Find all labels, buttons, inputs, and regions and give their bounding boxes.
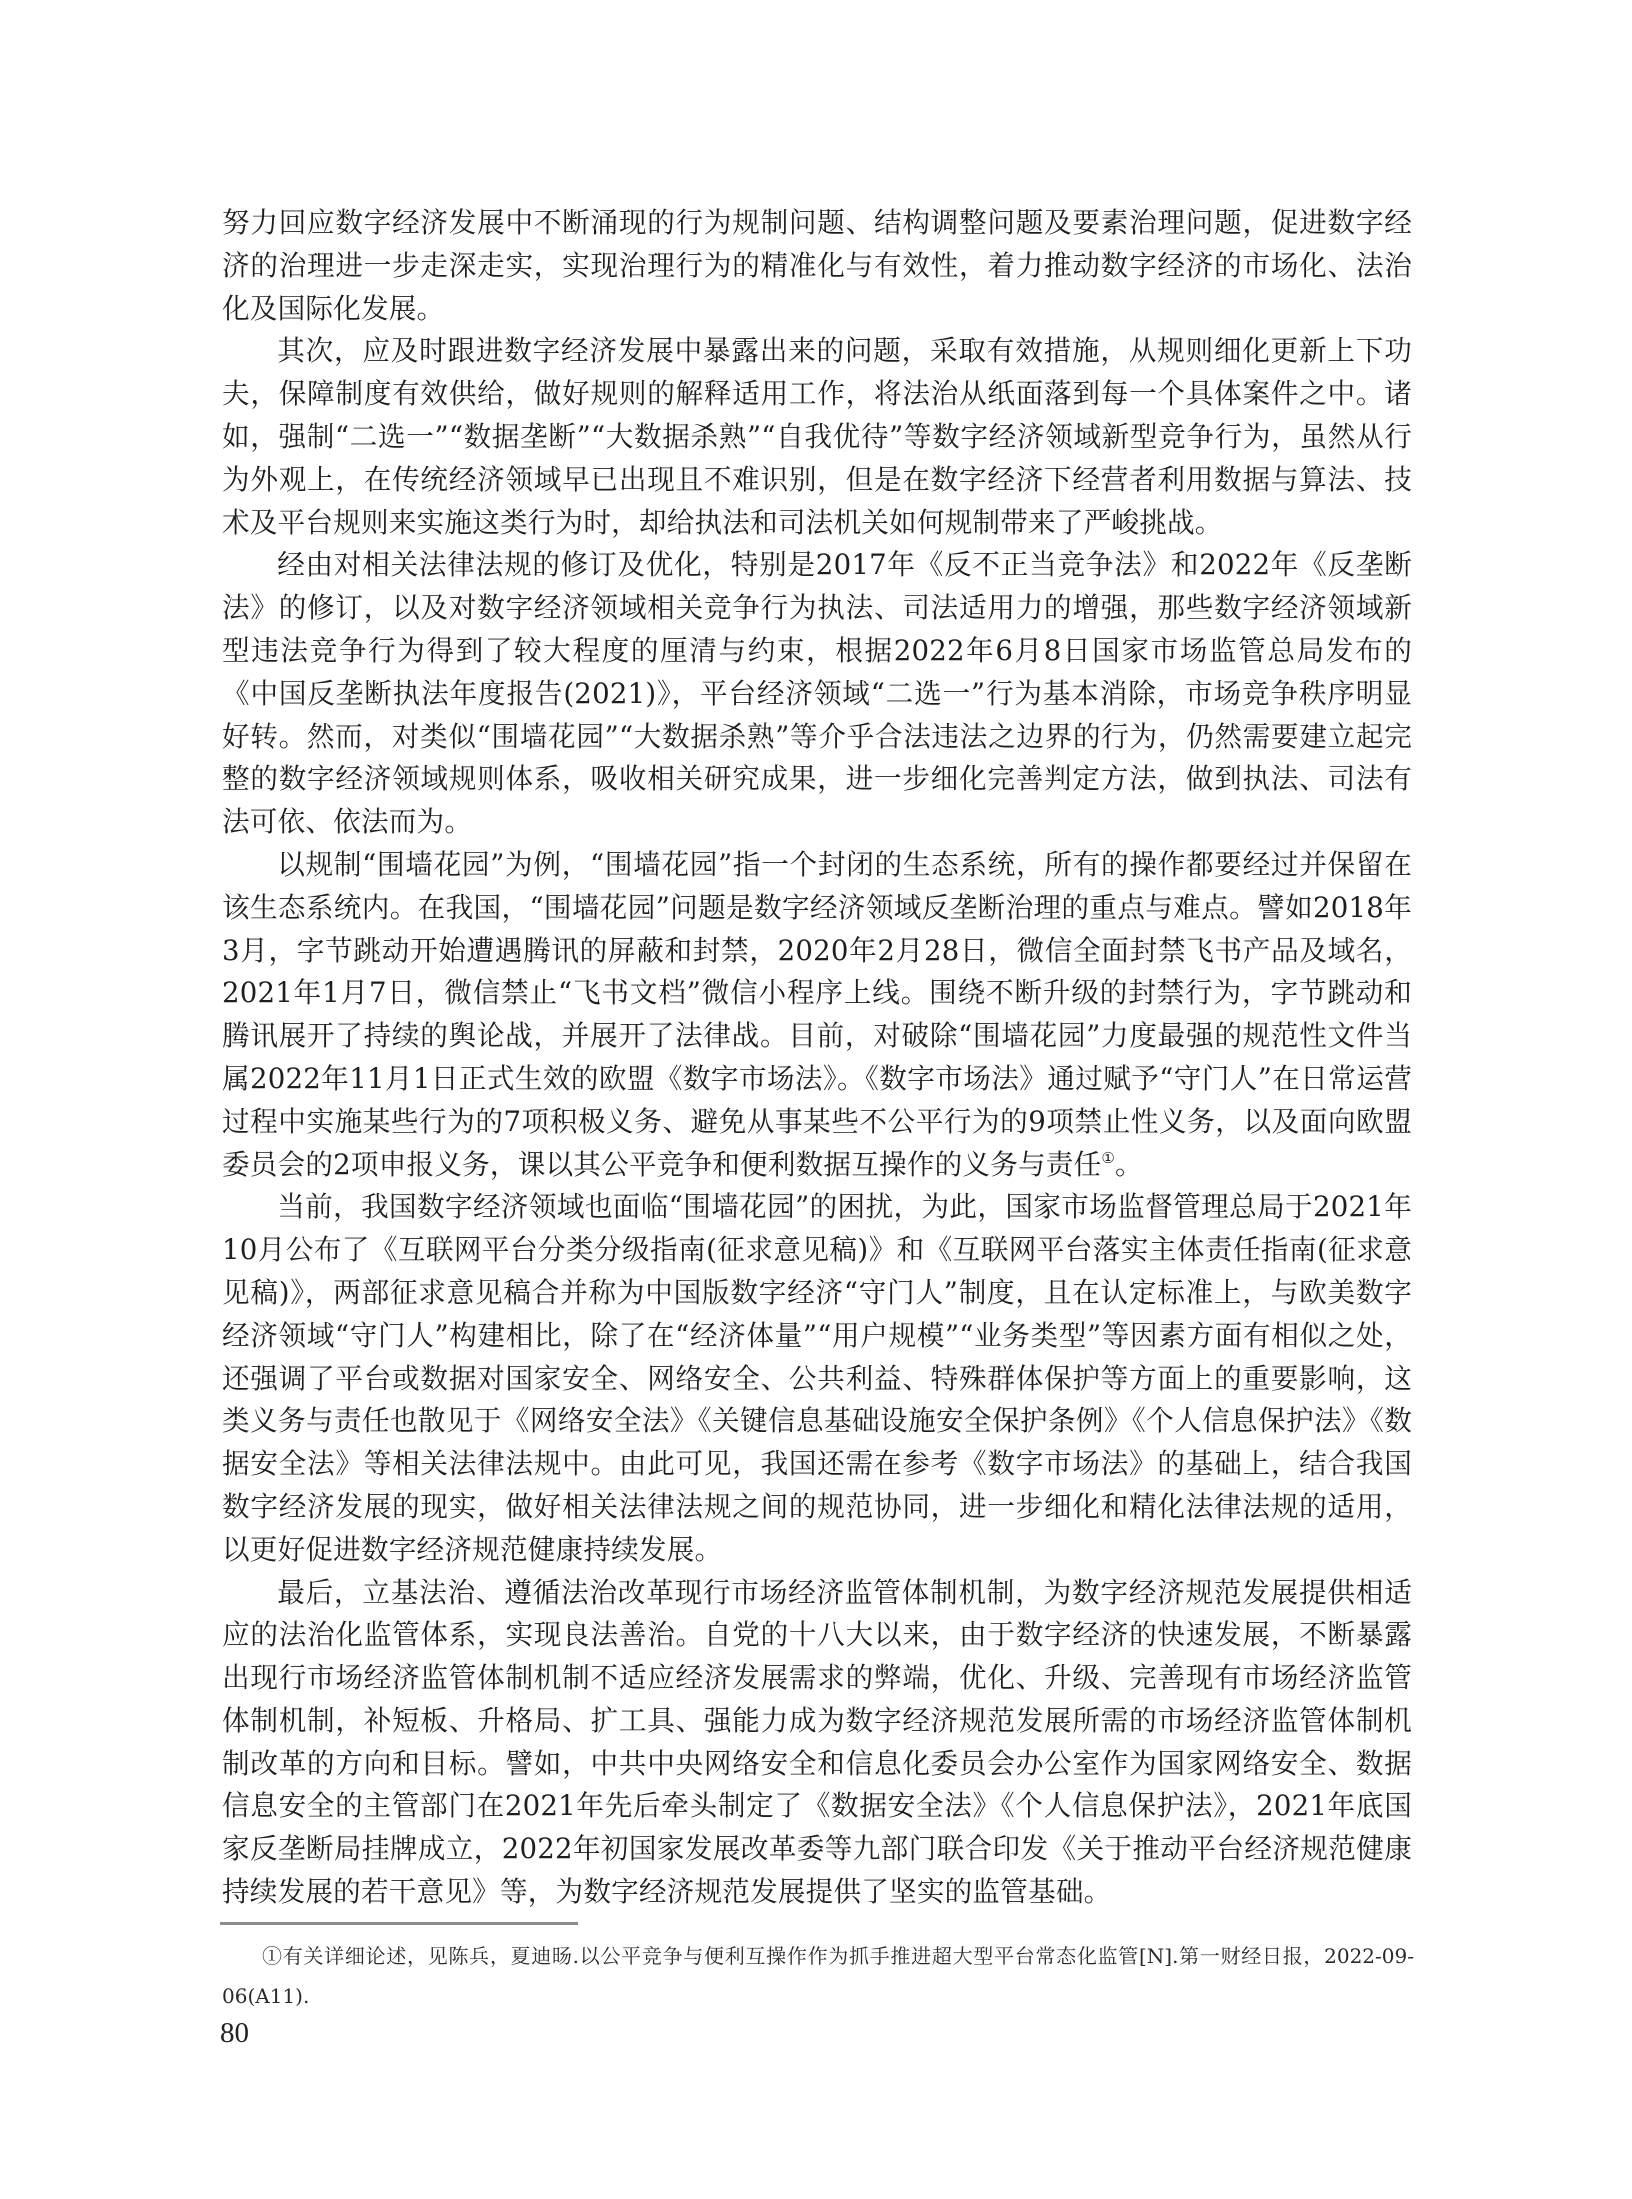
document-page: 努力回应数字经济发展中不断涌现的行为规制问题、结构调整问题及要素治理问题，促进数… (0, 0, 1632, 2199)
paragraph-6: 最后，立基法治、遵循法治改革现行市场经济监管体制机制，为数字经济规范发展提供相适… (222, 1572, 1412, 1914)
paragraph-1: 努力回应数字经济发展中不断涌现的行为规制问题、结构调整问题及要素治理问题，促进数… (222, 202, 1412, 330)
paragraph-4-text: 以规制“围墙花园”为例，“围墙花园”指一个封闭的生态系统，所有的操作都要经过并保… (222, 848, 1412, 1181)
paragraph-3: 经由对相关法律法规的修订及优化，特别是2017年《反不正当竞争法》和2022年《… (222, 544, 1412, 844)
footnote-divider (220, 1922, 578, 1925)
paragraph-4: 以规制“围墙花园”为例，“围墙花园”指一个封闭的生态系统，所有的操作都要经过并保… (222, 844, 1412, 1186)
paragraph-2: 其次，应及时跟进数字经济发展中暴露出来的问题，采取有效措施，从规则细化更新上下功… (222, 330, 1412, 544)
paragraph-5: 当前，我国数字经济领域也面临“围墙花园”的困扰，为此，国家市场监督管理总局于20… (222, 1186, 1412, 1571)
body-text: 努力回应数字经济发展中不断涌现的行为规制问题、结构调整问题及要素治理问题，促进数… (222, 202, 1412, 1914)
paragraph-4-tail: 。 (1115, 1148, 1143, 1181)
footnote-1: ①有关详细论述，见陈兵，夏迪旸.以公平竞争与便利互操作作为抓手推进超大型平台常态… (222, 1936, 1414, 2016)
page-number: 80 (220, 2016, 249, 2050)
footnote-ref-marker[interactable]: ① (1101, 1149, 1115, 1167)
